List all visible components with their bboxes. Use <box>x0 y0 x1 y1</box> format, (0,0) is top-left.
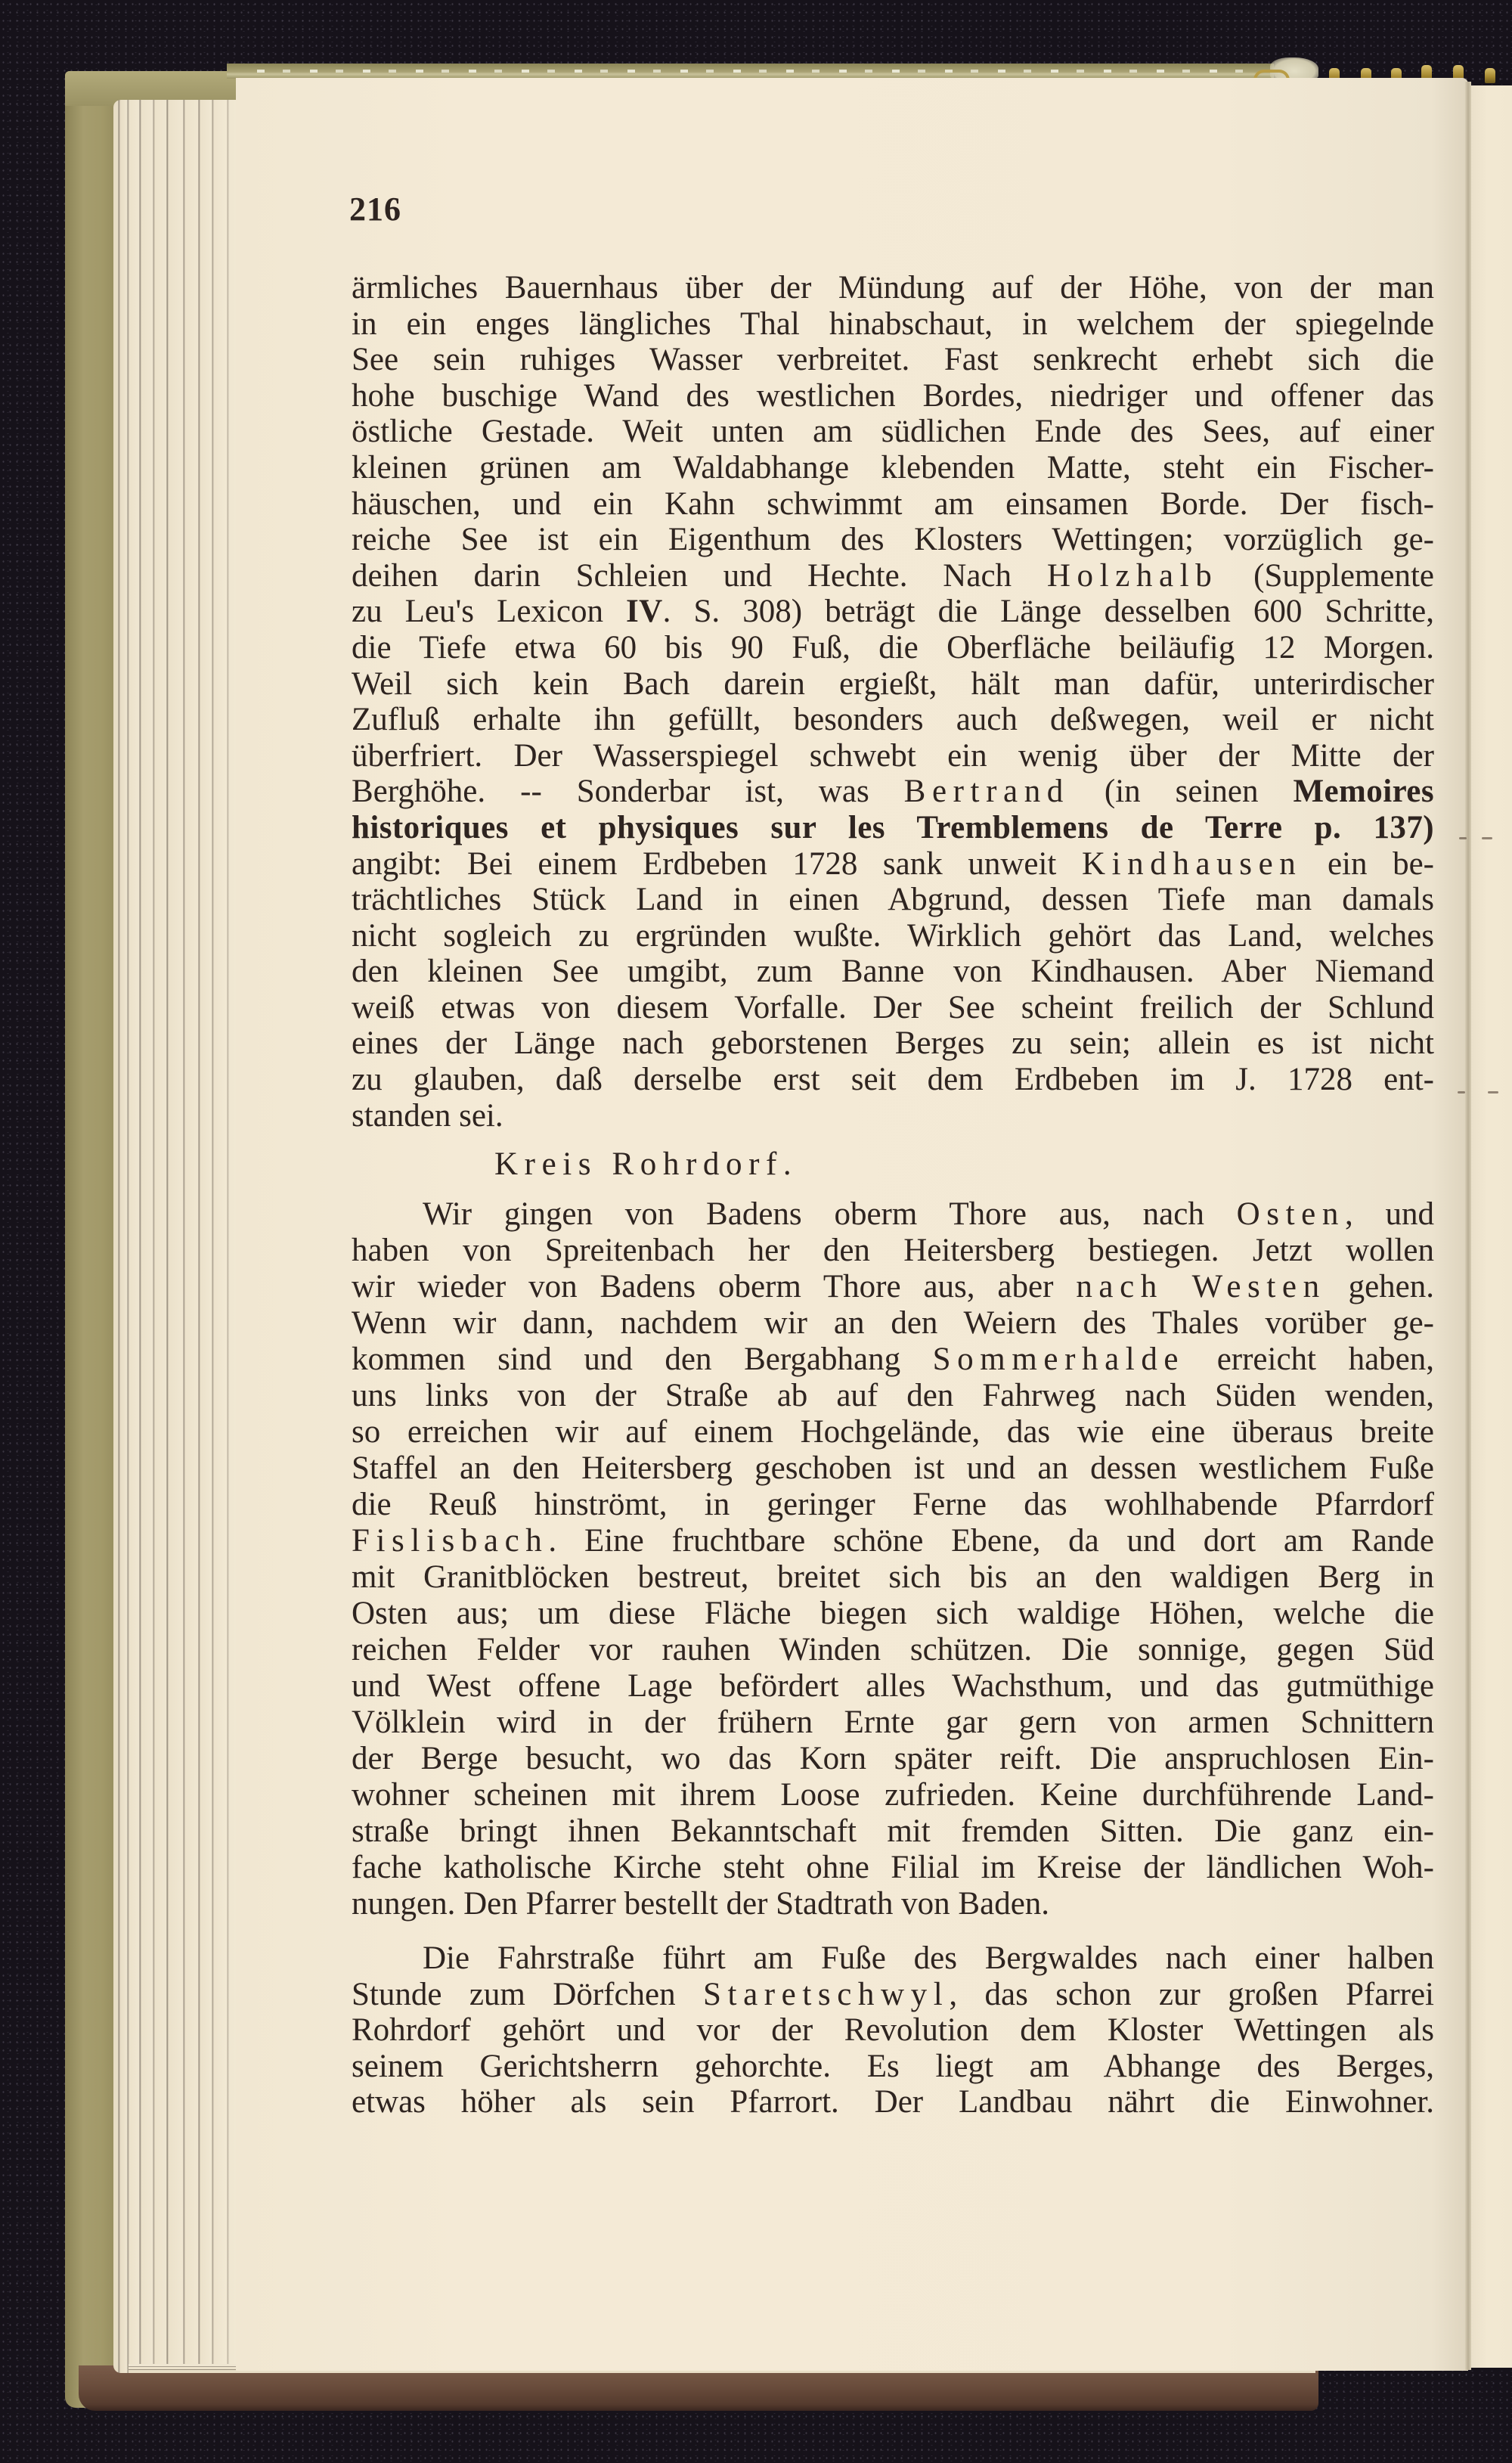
paragraph-1: ärmliches Bauernhaus über der Mündung au… <box>352 270 1434 1134</box>
text-segment: östliche Gestade. Weit unten am südliche… <box>352 414 1434 449</box>
text-segment: Wenn wir dann, nachdem wir an den Weiern… <box>352 1305 1434 1341</box>
text-line: uns links von der Straße ab auf den Fahr… <box>352 1378 1434 1414</box>
spaced-name: Sommerhalde <box>933 1342 1185 1377</box>
text-segment: Die Fahrstraße führt am Fuße des Bergwal… <box>423 1940 1434 1976</box>
text-segment: Berghöhe. -- Sonderbar ist, was <box>352 774 904 809</box>
text-segment: kleinen grünen am Waldabhange klebenden … <box>352 450 1434 485</box>
text-segment: deihen darin Schleien und Hechte. Nach <box>352 558 1047 594</box>
text-segment: . S. 308) beträgt die Länge desselben 60… <box>663 594 1434 629</box>
stacked-page-edges <box>113 100 237 2373</box>
text-segment: der Berge besucht, wo das Korn später re… <box>352 1741 1434 1776</box>
text-line: nungen. Den Pfarrer bestellt der Stadtra… <box>352 1886 1434 1922</box>
text-line: mit Granitblöcken bestreut, breitet sich… <box>352 1559 1434 1596</box>
text-line: straße bringt ihnen Bekanntschaft mit fr… <box>352 1813 1434 1850</box>
text-segment: die Reuß hinströmt, in geringer Ferne da… <box>352 1487 1434 1522</box>
text-line: wir wieder von Badens oberm Thore aus, a… <box>352 1269 1434 1305</box>
text-line: trächtliches Stück Land in einen Abgrund… <box>352 882 1434 918</box>
text-segment: , und <box>1345 1196 1434 1232</box>
text-segment: etwas höher als sein Pfarrort. Der Landb… <box>352 2084 1434 2120</box>
text-segment: reichen Felder vor rauhen Winden schütze… <box>352 1632 1434 1667</box>
text-line: überfriert. Der Wasserspiegel schwebt ei… <box>352 738 1434 774</box>
text-line: Osten aus; um diese Fläche biegen sich w… <box>352 1596 1434 1632</box>
spaced-name: Holzhalb <box>1047 558 1218 594</box>
text-segment: ärmliches Bauernhaus über der Mündung au… <box>352 270 1434 306</box>
text-line: weiß etwas von diesem Vorfalle. Der See … <box>352 990 1434 1026</box>
spaced-name: Fislisbach <box>352 1523 548 1559</box>
text-line: reiche See ist ein Eigenthum des Kloster… <box>352 522 1434 558</box>
text-line: und West offene Lage befördert alles Wac… <box>352 1668 1434 1705</box>
text-segment: die Tiefe etwa 60 bis 90 Fuß, die Oberfl… <box>352 630 1434 665</box>
text-line: wohner scheinen mit ihrem Loose zufriede… <box>352 1777 1434 1813</box>
text-segment: wir wieder von Badens oberm Thore aus, a… <box>352 1269 1076 1304</box>
text-line: fache katholische Kirche steht ohne Fili… <box>352 1850 1434 1886</box>
text-segment: Osten aus; um diese Fläche biegen sich w… <box>352 1596 1434 1631</box>
text-segment: trächtliches Stück Land in einen Abgrund… <box>352 882 1434 917</box>
spaced-word: Osten <box>1237 1196 1345 1232</box>
text-segment: mit Granitblöcken bestreut, breitet sich… <box>352 1559 1434 1595</box>
text-line: der Berge besucht, wo das Korn später re… <box>352 1741 1434 1777</box>
text-line: hohe buschige Wand des westlichen Bordes… <box>352 378 1434 414</box>
antiqua-title: Memoires <box>1293 774 1434 809</box>
text-segment: seinem Gerichtsherrn gehorchte. Es liegt… <box>352 2049 1434 2084</box>
cover-highlight <box>257 70 1255 73</box>
show-through-mark <box>1482 837 1492 839</box>
text-line: etwas höher als sein Pfarrort. Der Landb… <box>352 2084 1434 2120</box>
text-segment: zu glauben, daß derselbe erst seit dem E… <box>352 1062 1434 1097</box>
text-segment: gehen. <box>1326 1269 1434 1304</box>
section-heading: Kreis Rohrdorf. <box>494 1146 798 1183</box>
roman-numeral: IV <box>626 594 663 629</box>
text-line: eines der Länge nach geborstenen Berges … <box>352 1025 1434 1062</box>
text-segment: häuschen, und ein Kahn schwimmt am einsa… <box>352 486 1434 522</box>
text-line: haben von Spreitenbach her den Heitersbe… <box>352 1233 1434 1269</box>
text-line: östliche Gestade. Weit unten am südliche… <box>352 414 1434 450</box>
antiqua-title: historiques et physiques sur les Tremble… <box>352 810 1434 845</box>
text-segment: Völklein wird in der frühern Ernte gar g… <box>352 1705 1434 1740</box>
text-line: ärmliches Bauernhaus über der Mündung au… <box>352 270 1434 306</box>
text-segment: in ein enges längliches Thal hinabschaut… <box>352 306 1434 342</box>
facing-page-sliver <box>1471 85 1512 2368</box>
text-segment: überfriert. Der Wasserspiegel schwebt ei… <box>352 738 1434 774</box>
book-gutter <box>1465 82 1471 2370</box>
text-segment: zu Leu's Lexicon <box>352 594 626 629</box>
text-segment: uns links von der Straße ab auf den Fahr… <box>352 1378 1434 1413</box>
text-segment: Staffel an den Heitersberg geschoben ist… <box>352 1450 1434 1486</box>
text-segment: wohner scheinen mit ihrem Loose zufriede… <box>352 1777 1434 1813</box>
text-segment: eines der Länge nach geborstenen Berges … <box>352 1025 1434 1061</box>
text-segment: ein be- <box>1302 846 1434 882</box>
paragraph-2: Wir gingen von Badens oberm Thore aus, n… <box>352 1196 1434 1922</box>
text-segment: weiß etwas von diesem Vorfalle. Der See … <box>352 990 1434 1025</box>
text-line: häuschen, und ein Kahn schwimmt am einsa… <box>352 486 1434 523</box>
text-line: reichen Felder vor rauhen Winden schütze… <box>352 1632 1434 1668</box>
text-line: kleinen grünen am Waldabhange klebenden … <box>352 450 1434 486</box>
paragraph-3: Die Fahrstraße führt am Fuße des Bergwal… <box>352 1940 1434 2120</box>
text-line: Fislisbach. Eine fruchtbare schöne Ebene… <box>352 1523 1434 1559</box>
text-line: zu Leu's Lexicon IV. S. 308) beträgt die… <box>352 594 1434 630</box>
text-segment: so erreichen wir auf einem Hochgelände, … <box>352 1414 1434 1450</box>
text-line: deihen darin Schleien und Hechte. Nach H… <box>352 558 1434 594</box>
text-segment: angibt: Bei einem Erdbeben 1728 sank unw… <box>352 846 1082 882</box>
text-segment: (in seinen <box>1070 774 1294 809</box>
text-segment: nicht sogleich zu ergründen wußte. Wirkl… <box>352 918 1434 954</box>
show-through-mark <box>1488 1091 1498 1093</box>
text-segment: reiche See ist ein Eigenthum des Kloster… <box>352 522 1434 557</box>
show-through-mark <box>1459 837 1467 839</box>
text-segment: Weil sich kein Bach darein ergießt, hält… <box>352 666 1434 702</box>
text-line: Wenn wir dann, nachdem wir an den Weiern… <box>352 1305 1434 1342</box>
text-line: historiques et physiques sur les Tremble… <box>352 810 1434 846</box>
text-segment: (Supplemente <box>1218 558 1434 594</box>
text-line: in ein enges längliches Thal hinabschaut… <box>352 306 1434 343</box>
text-segment: und West offene Lage befördert alles Wac… <box>352 1668 1434 1704</box>
text-line: so erreichen wir auf einem Hochgelände, … <box>352 1414 1434 1450</box>
spaced-name: Staretschwyl <box>703 1977 949 2012</box>
text-line: kommen sind und den Bergabhang Sommerhal… <box>352 1342 1434 1378</box>
show-through-mark <box>1458 1091 1465 1093</box>
text-line: See sein ruhiges Wasser verbreitet. Fast… <box>352 342 1434 378</box>
text-segment: Rohrdorf gehört und vor der Revolution d… <box>352 2012 1434 2048</box>
text-line: nicht sogleich zu ergründen wußte. Wirkl… <box>352 918 1434 954</box>
binding-thread <box>1485 68 1495 83</box>
text-line: standen sei. <box>352 1098 1434 1134</box>
text-segment: den kleinen See umgibt, zum Banne von Ki… <box>352 954 1434 989</box>
text-segment: Stunde zum Dörfchen <box>352 1977 703 2012</box>
book-cover-left-edge <box>65 71 118 2408</box>
text-segment: hohe buschige Wand des westlichen Bordes… <box>352 378 1434 414</box>
spaced-name: Bertrand <box>904 774 1070 809</box>
text-line: Weil sich kein Bach darein ergießt, hält… <box>352 666 1434 703</box>
text-segment: standen sei. <box>352 1098 503 1134</box>
spaced-name: Kindhausen <box>1082 846 1302 882</box>
text-line: Berghöhe. -- Sonderbar ist, was Bertrand… <box>352 774 1434 810</box>
text-line: Die Fahrstraße führt am Fuße des Bergwal… <box>352 1940 1434 1977</box>
text-segment: fache katholische Kirche steht ohne Fili… <box>352 1850 1434 1885</box>
text-line: Völklein wird in der frühern Ernte gar g… <box>352 1705 1434 1741</box>
text-segment: Zufluß erhalte ihn gefüllt, besonders au… <box>352 702 1434 737</box>
text-segment: straße bringt ihnen Bekanntschaft mit fr… <box>352 1813 1434 1849</box>
text-line: angibt: Bei einem Erdbeben 1728 sank unw… <box>352 846 1434 883</box>
text-segment: See sein ruhiges Wasser verbreitet. Fast… <box>352 342 1434 377</box>
text-line: die Tiefe etwa 60 bis 90 Fuß, die Oberfl… <box>352 630 1434 666</box>
text-segment: nungen. Den Pfarrer bestellt der Stadtra… <box>352 1886 1049 1922</box>
text-segment: haben von Spreitenbach her den Heitersbe… <box>352 1233 1434 1268</box>
text-line: seinem Gerichtsherrn gehorchte. Es liegt… <box>352 2049 1434 2085</box>
page-number: 216 <box>349 193 401 226</box>
text-line: die Reuß hinströmt, in geringer Ferne da… <box>352 1487 1434 1523</box>
text-line: Staffel an den Heitersberg geschoben ist… <box>352 1450 1434 1487</box>
text-line: den kleinen See umgibt, zum Banne von Ki… <box>352 954 1434 990</box>
text-line: zu glauben, daß derselbe erst seit dem E… <box>352 1062 1434 1098</box>
text-segment: , das schon zur großen Pfarrei <box>949 1977 1434 2012</box>
text-line: Zufluß erhalte ihn gefüllt, besonders au… <box>352 702 1434 738</box>
text-segment: kommen sind und den Bergabhang <box>352 1342 933 1377</box>
text-line: Stunde zum Dörfchen Staretschwyl, das sc… <box>352 1977 1434 2013</box>
text-line: Rohrdorf gehört und vor der Revolution d… <box>352 2012 1434 2049</box>
text-segment: Wir gingen von Badens oberm Thore aus, n… <box>423 1196 1237 1232</box>
spaced-word: nach Westen <box>1076 1269 1325 1304</box>
text-segment: . Eine fruchtbare schöne Ebene, da und d… <box>548 1523 1434 1559</box>
text-segment: erreicht haben, <box>1185 1342 1434 1377</box>
text-line: Wir gingen von Badens oberm Thore aus, n… <box>352 1196 1434 1233</box>
